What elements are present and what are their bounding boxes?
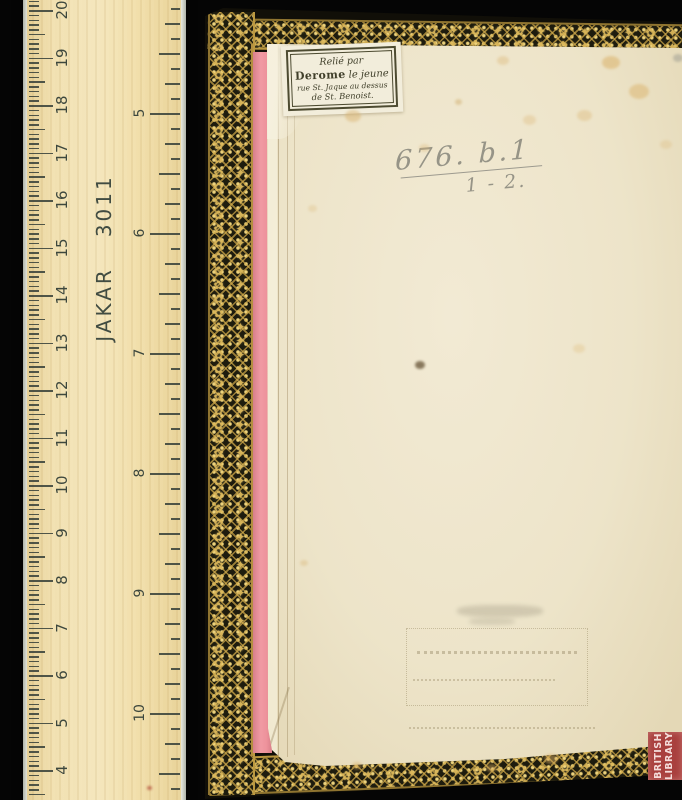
foxing-spot xyxy=(577,110,592,121)
foxing-spot xyxy=(352,762,362,770)
ticket-inner-border: Relié par Deromele jeune rue St. Jaque a… xyxy=(290,50,394,107)
foxing-spot xyxy=(486,764,497,772)
foxing-spot xyxy=(497,56,509,65)
foxing-spot xyxy=(345,110,361,122)
ticket-binder-name: Derome xyxy=(295,68,346,83)
foxing-spot xyxy=(602,56,620,69)
foxing-spot xyxy=(660,140,672,149)
british-library-stamp-text: BRITISH LIBRARY xyxy=(654,732,676,780)
ruler-brand: JAKAR xyxy=(92,267,116,342)
foxing-spot xyxy=(419,144,430,152)
foxing-spot xyxy=(573,344,585,353)
page-edge-line xyxy=(287,45,288,757)
foxing-spot xyxy=(300,560,308,566)
gilt-floral-motif: ✿ ✦ ✿ ✦ ✿ ✦ ✿ ✦ ✿ ✦ ✿ ✦ ✿ ✦ ✿ ✦ ✿ ✦ ✿ ✦ … xyxy=(210,12,253,795)
ruler-left-edge xyxy=(23,0,27,800)
blind-stamp-smudge xyxy=(457,605,543,617)
ticket-binder-epithet: le jeune xyxy=(348,68,389,81)
blind-stamp xyxy=(406,628,588,706)
ruler-brand-text: JAKAR 3011 xyxy=(92,153,116,363)
stamp-line2: LIBRARY xyxy=(665,732,676,780)
blind-stamp-smudge xyxy=(469,618,515,625)
foxing-spot xyxy=(673,54,682,62)
page-edge-highlight xyxy=(268,44,277,759)
blind-stamp-text-row xyxy=(417,651,577,654)
binder-ticket: Relié par Deromele jeune rue St. Jaque a… xyxy=(281,42,404,117)
gilt-border-left: ✿ ✦ ✿ ✦ ✿ ✦ ✿ ✦ ✿ ✦ ✿ ✦ ✿ ✦ ✿ ✦ ✿ ✦ ✿ ✦ … xyxy=(208,12,255,795)
page-edge-line xyxy=(294,46,295,755)
ruler-right-edge xyxy=(181,0,186,800)
foxing-spot xyxy=(308,205,317,212)
foxing-spot xyxy=(455,99,462,105)
foxing-spot xyxy=(523,115,536,125)
blind-stamp-text-row xyxy=(409,727,595,729)
ruler-model: 3011 xyxy=(92,174,116,237)
blind-stamp-text-row xyxy=(413,679,555,681)
photo-scene: 2019181716151413121110987654 5678910 JAK… xyxy=(0,0,682,800)
british-library-stamp: BRITISH LIBRARY xyxy=(648,732,682,780)
foxing-spot xyxy=(147,786,152,790)
ticket-border: Relié par Deromele jeune rue St. Jaque a… xyxy=(286,46,398,111)
foxing-spot xyxy=(629,84,649,99)
foxing-spot xyxy=(415,361,425,369)
page-edge-line xyxy=(278,45,279,758)
ruler: 2019181716151413121110987654 5678910 JAK… xyxy=(23,0,186,800)
foxing-spot xyxy=(544,754,558,764)
